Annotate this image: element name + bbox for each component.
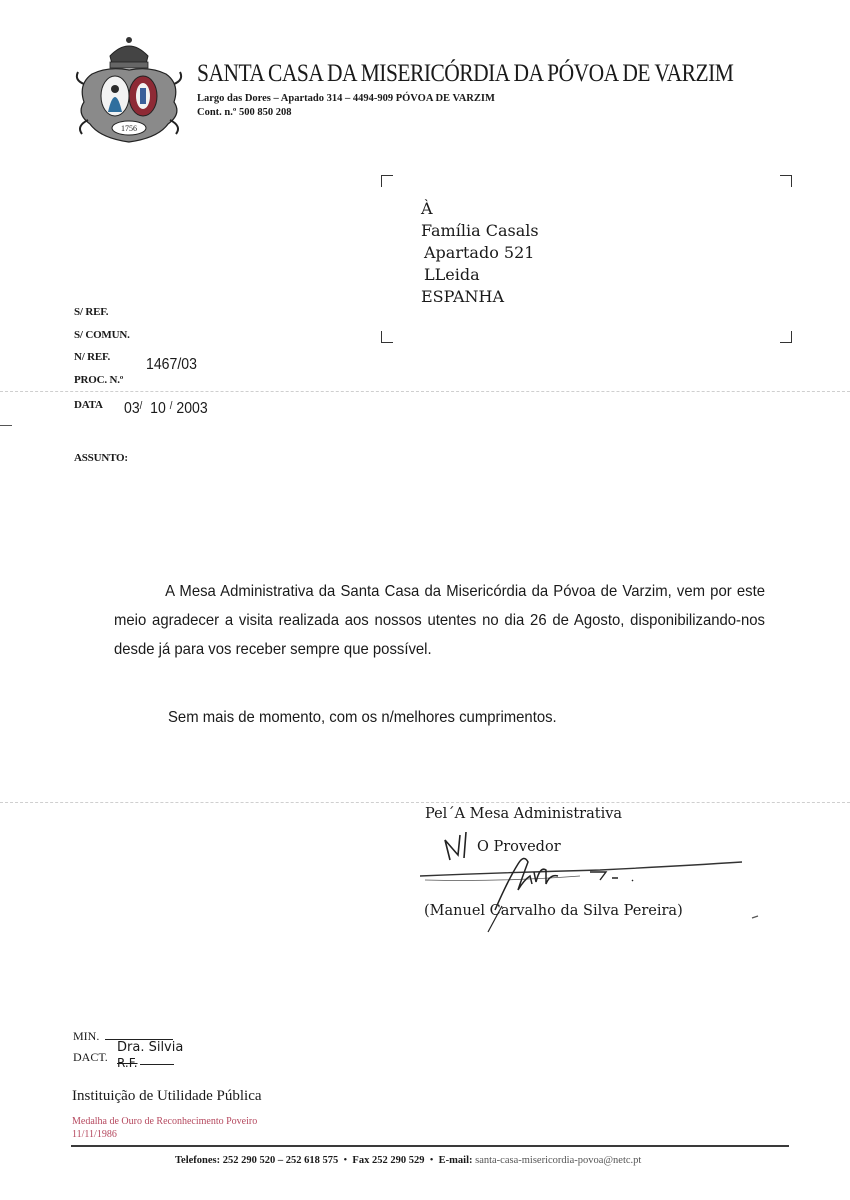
fold-line	[0, 802, 850, 803]
organization-contributor-number: Cont. n.º 500 850 208	[197, 107, 291, 118]
medal-award: Medalha de Ouro de Reconhecimento Poveir…	[72, 1116, 257, 1127]
dact-line	[140, 1064, 174, 1065]
recipient-line: Apartado 521	[424, 243, 534, 262]
recipient-line: À	[421, 199, 433, 218]
date-label: DATA	[74, 399, 103, 411]
coat-of-arms-crest-icon: 1756	[70, 34, 188, 146]
paragraph-1: A Mesa Administrativa da Santa Casa da M…	[114, 577, 765, 664]
s-ref-label: S/ REF.	[74, 306, 108, 318]
handwritten-signature-icon	[400, 810, 760, 940]
fax-label: Fax	[352, 1155, 369, 1166]
closing-line: Sem mais de momento, com os n/melhores c…	[168, 709, 557, 727]
dact-struck-initials: R.F.	[117, 1056, 138, 1070]
recipient-line: Família Casals	[421, 221, 539, 240]
public-utility-status: Instituição de Utilidade Pública	[72, 1088, 262, 1105]
address-window-corner	[780, 175, 792, 187]
n-ref-value: 1467/03	[146, 356, 197, 374]
email-label: E-mail:	[439, 1155, 473, 1166]
address-window-corner	[381, 175, 393, 187]
subject-label: ASSUNTO:	[74, 452, 128, 464]
medal-date: 11/11/1986	[72, 1129, 117, 1140]
fold-mark	[0, 425, 12, 426]
date-day: 03	[124, 400, 140, 417]
email-link[interactable]: santa-casa-misericordia-povoa@netc.pt	[475, 1155, 641, 1166]
letter-body-paragraph: A Mesa Administrativa da Santa Casa da M…	[114, 577, 765, 664]
organization-name: SANTA CASA DA MISERICÓRDIA DA PÓVOA DE V…	[197, 60, 733, 88]
date-year: 2003	[176, 400, 207, 417]
fax-value: 252 290 529	[372, 1155, 425, 1166]
phones-label: Telefones:	[175, 1155, 220, 1166]
recipient-line: LLeida	[424, 265, 480, 284]
address-window-corner	[381, 331, 393, 343]
separator-bullet: •	[343, 1155, 347, 1166]
phones-value: 252 290 520 – 252 618 575	[223, 1155, 339, 1166]
fold-line	[0, 391, 850, 392]
min-label-text: MIN.	[73, 1029, 99, 1043]
date-value: 03/ 10 / 2003	[124, 400, 208, 418]
address-window-corner	[780, 331, 792, 343]
dact-handwritten: Dra. Silvia	[117, 1040, 183, 1055]
date-month: 10	[150, 400, 166, 417]
n-ref-label: N/ REF.	[74, 351, 110, 363]
footer-rule	[71, 1145, 789, 1147]
s-comun-label: S/ COMUN.	[74, 329, 130, 341]
footer-contact-line: Telefones: 252 290 520 – 252 618 575 • F…	[175, 1155, 641, 1166]
recipient-line: ESPANHA	[421, 287, 504, 306]
separator-bullet: •	[430, 1155, 434, 1166]
proc-number-label: PROC. N.º	[74, 374, 123, 386]
organization-address: Largo das Dores – Apartado 314 – 4494-90…	[197, 93, 495, 104]
dact-label: DACT.	[73, 1050, 108, 1065]
crest-year: 1756	[121, 124, 137, 133]
